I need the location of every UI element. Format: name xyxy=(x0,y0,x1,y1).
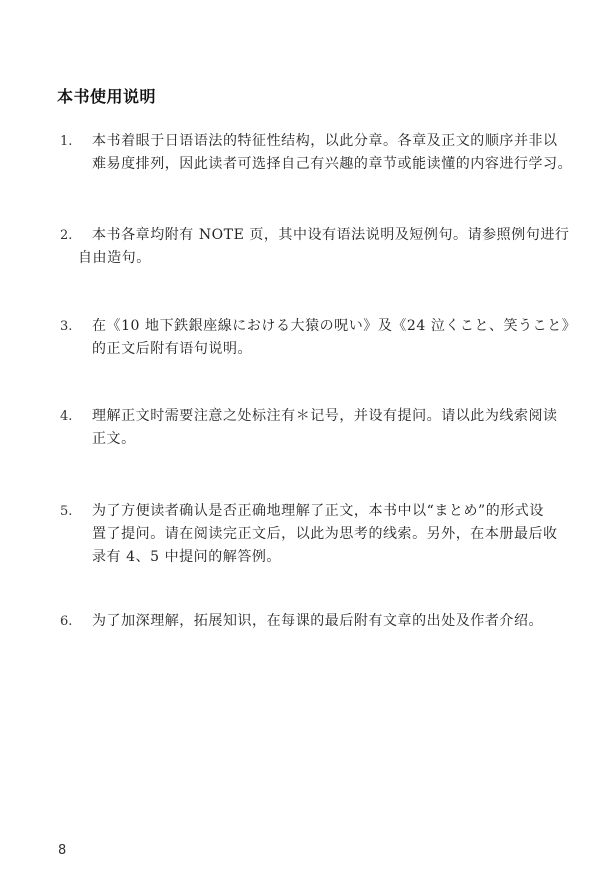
item-text-line: 本书着眼于日语语法的特征性结构，以此分章。各章及正文的顺序并非以 xyxy=(92,130,558,153)
item-text-line: 为了方便读者确认是否正确地理解了正文，本书中以“まとめ”的形式设 xyxy=(92,500,544,523)
item-text-line: 为了加深理解，拓展知识，在每课的最后附有文章的出处及作者介绍。 xyxy=(92,610,543,633)
item-number: 5. xyxy=(60,500,72,523)
item-text-line: 理解正文时需要注意之处标注有＊记号，并设有提问。请以此为线索阅读 xyxy=(92,405,558,428)
item-number: 1. xyxy=(60,130,72,153)
item-text-line: 在《10 地下鉄銀座線における大猿の呪い》及《24 泣くこと、笑うこと》 xyxy=(92,315,576,338)
item-text-line: 的正文后附有语句说明。 xyxy=(92,338,252,361)
item-text-line: 置了提问。请在阅读完正文后，以此为思考的线索。另外，在本册最后收 xyxy=(92,523,558,546)
item-text-line: 录有 4、5 中提问的解答例。 xyxy=(92,546,281,569)
page-title: 本书使用说明 xyxy=(57,84,156,107)
item-text-line: 自由造句。 xyxy=(78,247,151,270)
item-text-line: 正文。 xyxy=(92,428,136,451)
item-text-line: 难易度排列，因此读者可选择自己有兴趣的章节或能读懂的内容进行学习。 xyxy=(92,153,572,176)
item-number: 2. xyxy=(60,224,72,247)
item-number: 6. xyxy=(60,610,72,633)
item-number: 4. xyxy=(60,405,72,428)
item-number: 3. xyxy=(60,315,72,338)
page-number: 8 xyxy=(58,843,66,858)
item-text-line: 本书各章均附有 NOTE 页，其中设有语法说明及短例句。请参照例句进行 xyxy=(92,224,569,247)
